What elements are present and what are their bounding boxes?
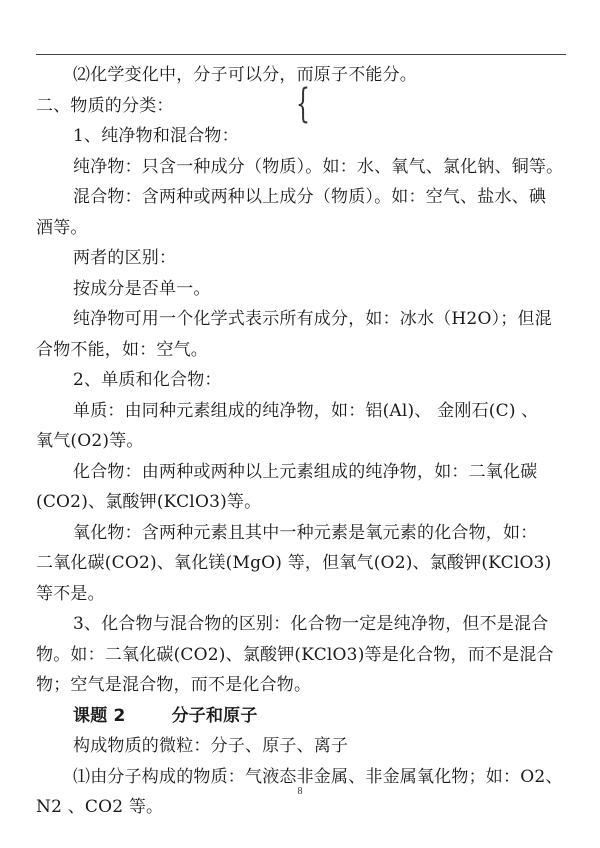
text-line: 二氧化碳(CO2)、氧化镁(MgO) 等，但氧气(O2)、氯酸钾(KClO3) [36, 548, 566, 579]
text-line: 两者的区别： [36, 243, 566, 274]
text-line: 合物不能，如：空气。 [36, 335, 566, 366]
text-line: (CO2)、氯酸钾(KClO3)等。 [36, 487, 566, 518]
page-number: 8 [0, 786, 600, 797]
text-line: 化合物：由两种或两种以上元素组成的纯净物，如：二氧化碳 [36, 457, 566, 488]
lesson-heading: 课题 2分子和原子 [36, 701, 566, 732]
text-line: 纯净物可用一个化学式表示所有成分，如：冰水（H2O）；但混 [36, 304, 566, 335]
text-line: 酒等。 [36, 213, 566, 244]
section-title-classification: 二、物质的分类： [36, 91, 566, 122]
subsection-title: 3、化合物与混合物的区别：化合物一定是纯净物，但不是混合 [36, 609, 566, 640]
text-line: 单质：由同种元素组成的纯净物，如：铝(Al)、 金刚石(C) 、 [36, 396, 566, 427]
document-body: ⑵化学变化中，分子可以分，而原子不能分。 二、物质的分类： 1、纯净物和混合物：… [36, 60, 566, 823]
lesson-title: 分子和原子 [172, 706, 258, 726]
text-line: 氧气(O2)等。 [36, 426, 566, 457]
lesson-label: 课题 2 [73, 706, 126, 726]
text-line: 纯净物：只含一种成分（物质）。如：水、氧气、氯化钠、铜等。 [36, 152, 566, 183]
text-line: 物；空气是混合物，而不是化合物。 [36, 670, 566, 701]
header-rule [36, 54, 566, 55]
text-line: 混合物：含两种或两种以上成分（物质）。如：空气、盐水、碘 [36, 182, 566, 213]
text-line: 氧化物：含两种元素且其中一种元素是氧元素的化合物，如： [36, 518, 566, 549]
subsection-title: 1、纯净物和混合物： [36, 121, 566, 152]
text-line: 等不是。 [36, 579, 566, 610]
subsection-title: 2、单质和化合物： [36, 365, 566, 396]
text-line: ⑵化学变化中，分子可以分，而原子不能分。 [36, 60, 566, 91]
text-line: 构成物质的微粒：分子、原子、离子 [36, 731, 566, 762]
text-line: 按成分是否单一。 [36, 274, 566, 305]
text-line: 物。如：二氧化碳(CO2)、氯酸钾(KClO3)等是化合物，而不是混合 [36, 640, 566, 671]
